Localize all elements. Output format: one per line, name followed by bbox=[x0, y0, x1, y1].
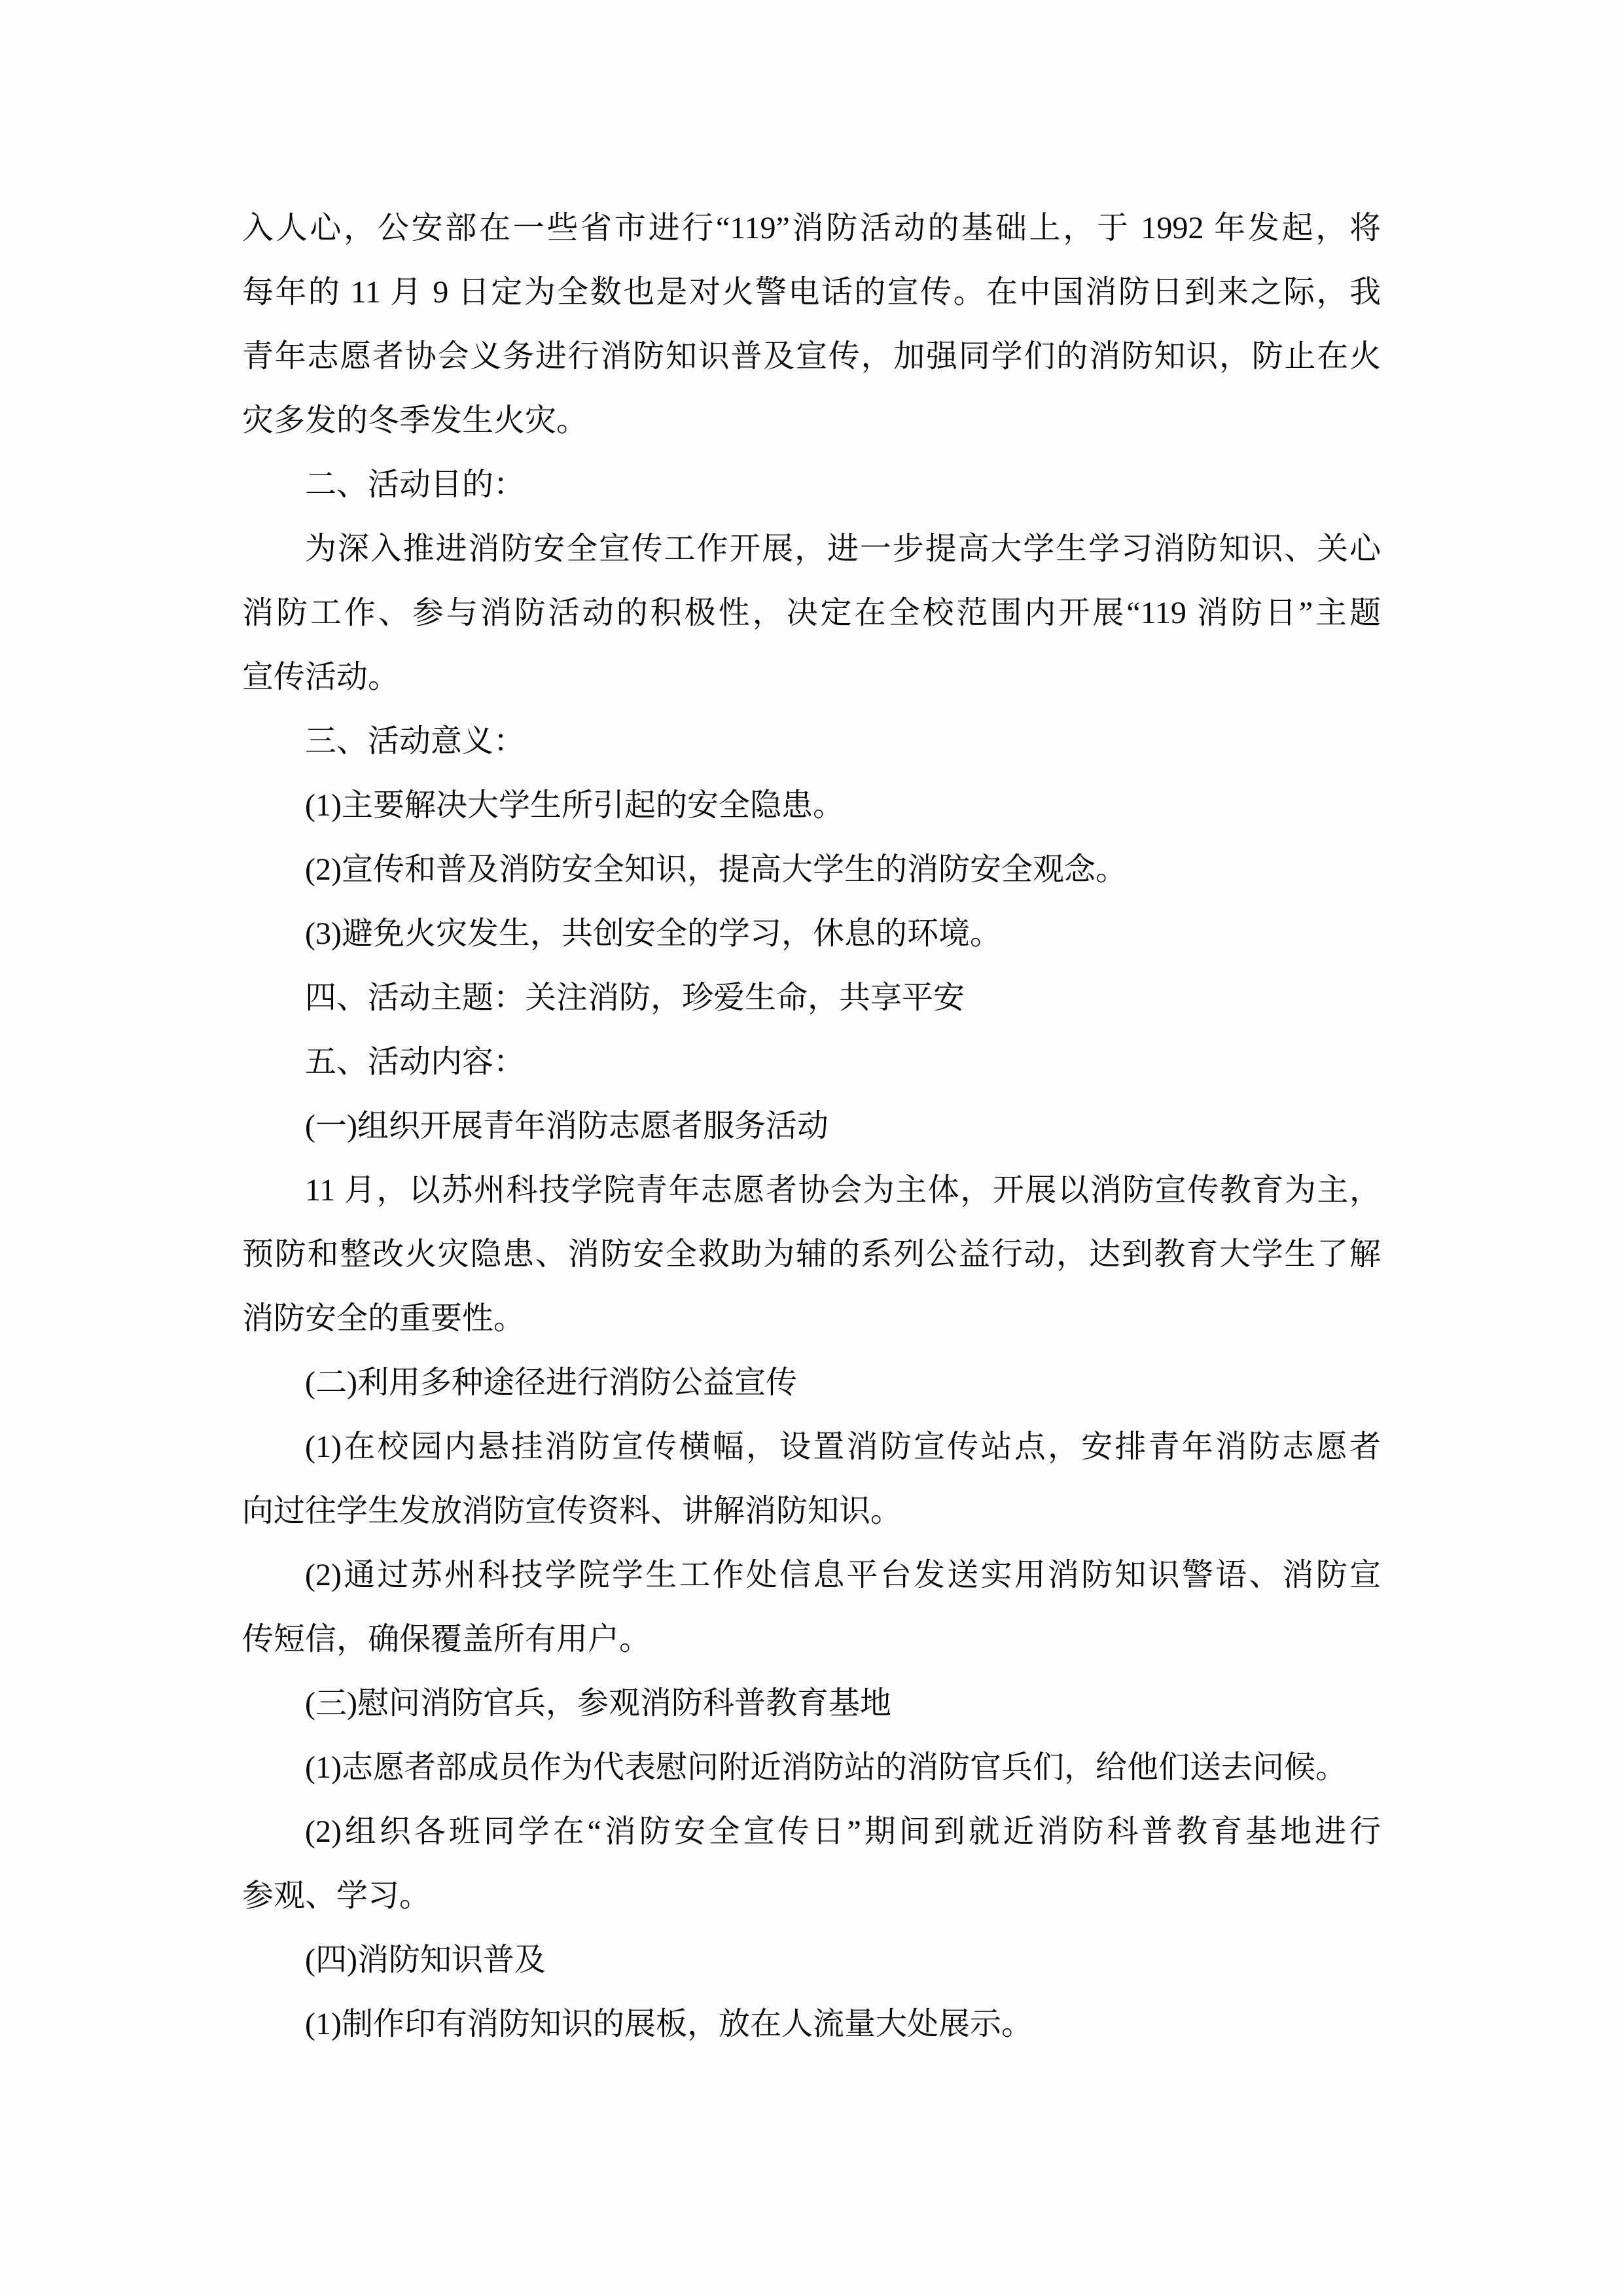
text-line: 11 月，以苏州科技学院青年志愿者协会为主体，开展以消防宣传教育为主， bbox=[242, 1158, 1381, 1223]
text-line: 宣传活动。 bbox=[242, 645, 1381, 709]
text-line: (1)制作印有消防知识的展板，放在人流量大处展示。 bbox=[242, 1992, 1381, 2056]
text-line: (1)在校园内悬挂消防宣传横幅，设置消防宣传站点，安排青年消防志愿者 bbox=[242, 1415, 1381, 1479]
text-line: (二)利用多种途径进行消防公益宣传 bbox=[242, 1351, 1381, 1415]
text-line: (2)组织各班同学在“消防安全宣传日”期间到就近消防科普教育基地进行 bbox=[242, 1800, 1381, 1864]
text-line: 青年志愿者协会义务进行消防知识普及宣传，加强同学们的消防知识，防止在火 bbox=[242, 325, 1381, 389]
text-line: (三)慰问消防官兵，参观消防科普教育基地 bbox=[242, 1672, 1381, 1736]
text-line: 四、活动主题：关注消防，珍爱生命，共享平安 bbox=[242, 966, 1381, 1030]
text-line: 每年的 11 月 9 日定为全数也是对火警电话的宣传。在中国消防日到来之际，我 bbox=[242, 260, 1381, 325]
text-line: (1)主要解决大学生所引起的安全隐患。 bbox=[242, 774, 1381, 838]
text-line: 二、活动目的： bbox=[242, 453, 1381, 517]
document-text-block: 入人心，公安部在一些省市进行“119”消防活动的基础上，于 1992 年发起，将… bbox=[242, 196, 1381, 2056]
text-line: (四)消防知识普及 bbox=[242, 1928, 1381, 1992]
text-line: 消防安全的重要性。 bbox=[242, 1287, 1381, 1351]
text-line: 传短信，确保覆盖所有用户。 bbox=[242, 1607, 1381, 1672]
text-line: (2)宣传和普及消防安全知识，提高大学生的消防安全观念。 bbox=[242, 838, 1381, 902]
document-page: 入人心，公安部在一些省市进行“119”消防活动的基础上，于 1992 年发起，将… bbox=[0, 0, 1623, 2296]
text-line: 入人心，公安部在一些省市进行“119”消防活动的基础上，于 1992 年发起，将 bbox=[242, 196, 1381, 260]
text-line: 灾多发的冬季发生火灾。 bbox=[242, 389, 1381, 453]
text-line: (一)组织开展青年消防志愿者服务活动 bbox=[242, 1094, 1381, 1158]
text-line: 五、活动内容： bbox=[242, 1030, 1381, 1094]
text-line: 预防和整改火灾隐患、消防安全救助为辅的系列公益行动，达到教育大学生了解 bbox=[242, 1223, 1381, 1287]
text-line: (1)志愿者部成员作为代表慰问附近消防站的消防官兵们，给他们送去问候。 bbox=[242, 1736, 1381, 1800]
text-line: 参观、学习。 bbox=[242, 1864, 1381, 1928]
text-line: 消防工作、参与消防活动的积极性，决定在全校范围内开展“119 消防日”主题 bbox=[242, 581, 1381, 645]
text-line: (2)通过苏州科技学院学生工作处信息平台发送实用消防知识警语、消防宣 bbox=[242, 1543, 1381, 1607]
text-line: 向过往学生发放消防宣传资料、讲解消防知识。 bbox=[242, 1479, 1381, 1543]
text-line: (3)避免火灾发生，共创安全的学习，休息的环境。 bbox=[242, 902, 1381, 966]
text-line: 为深入推进消防安全宣传工作开展，进一步提高大学生学习消防知识、关心 bbox=[242, 517, 1381, 581]
text-line: 三、活动意义： bbox=[242, 709, 1381, 774]
